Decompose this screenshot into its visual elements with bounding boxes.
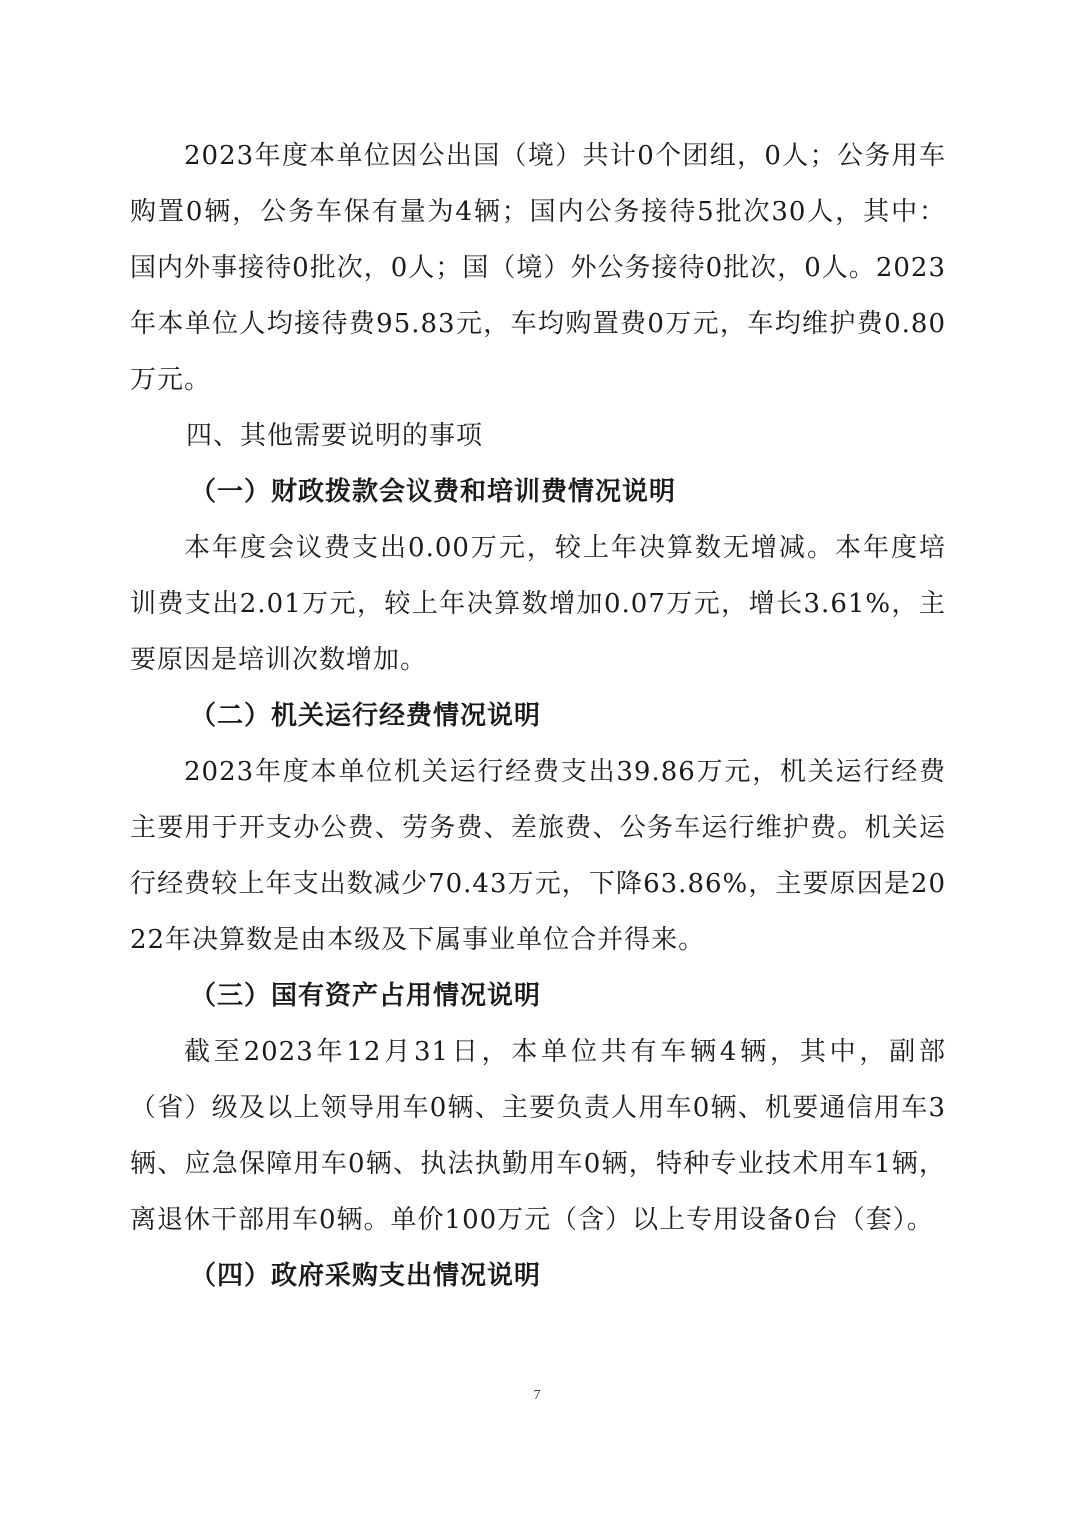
paragraph-meeting-training-fees: 本年度会议费支出0.00万元，较上年决算数无增减。本年度培训费支出2.01万元，… <box>130 520 946 688</box>
subheading-government-procurement: （四）政府采购支出情况说明 <box>130 1248 946 1304</box>
subheading-operating-expenses: （二）机关运行经费情况说明 <box>130 688 946 744</box>
paragraph-state-assets: 截至2023年12月31日，本单位共有车辆4辆，其中，副部（省）级及以上领导用车… <box>130 1024 946 1248</box>
document-page: 2023年度本单位因公出国（境）共计0个团组，0人；公务用车购置0辆，公务车保有… <box>130 128 946 1304</box>
paragraph-official-expenses: 2023年度本单位因公出国（境）共计0个团组，0人；公务用车购置0辆，公务车保有… <box>130 128 946 408</box>
subheading-meeting-training-fees: （一）财政拨款会议费和培训费情况说明 <box>130 464 946 520</box>
subheading-state-assets: （三）国有资产占用情况说明 <box>130 968 946 1024</box>
page-number: 7 <box>0 1388 1074 1404</box>
section-heading-other-matters: 四、其他需要说明的事项 <box>130 408 946 464</box>
paragraph-operating-expenses: 2023年度本单位机关运行经费支出39.86万元，机关运行经费主要用于开支办公费… <box>130 744 946 968</box>
